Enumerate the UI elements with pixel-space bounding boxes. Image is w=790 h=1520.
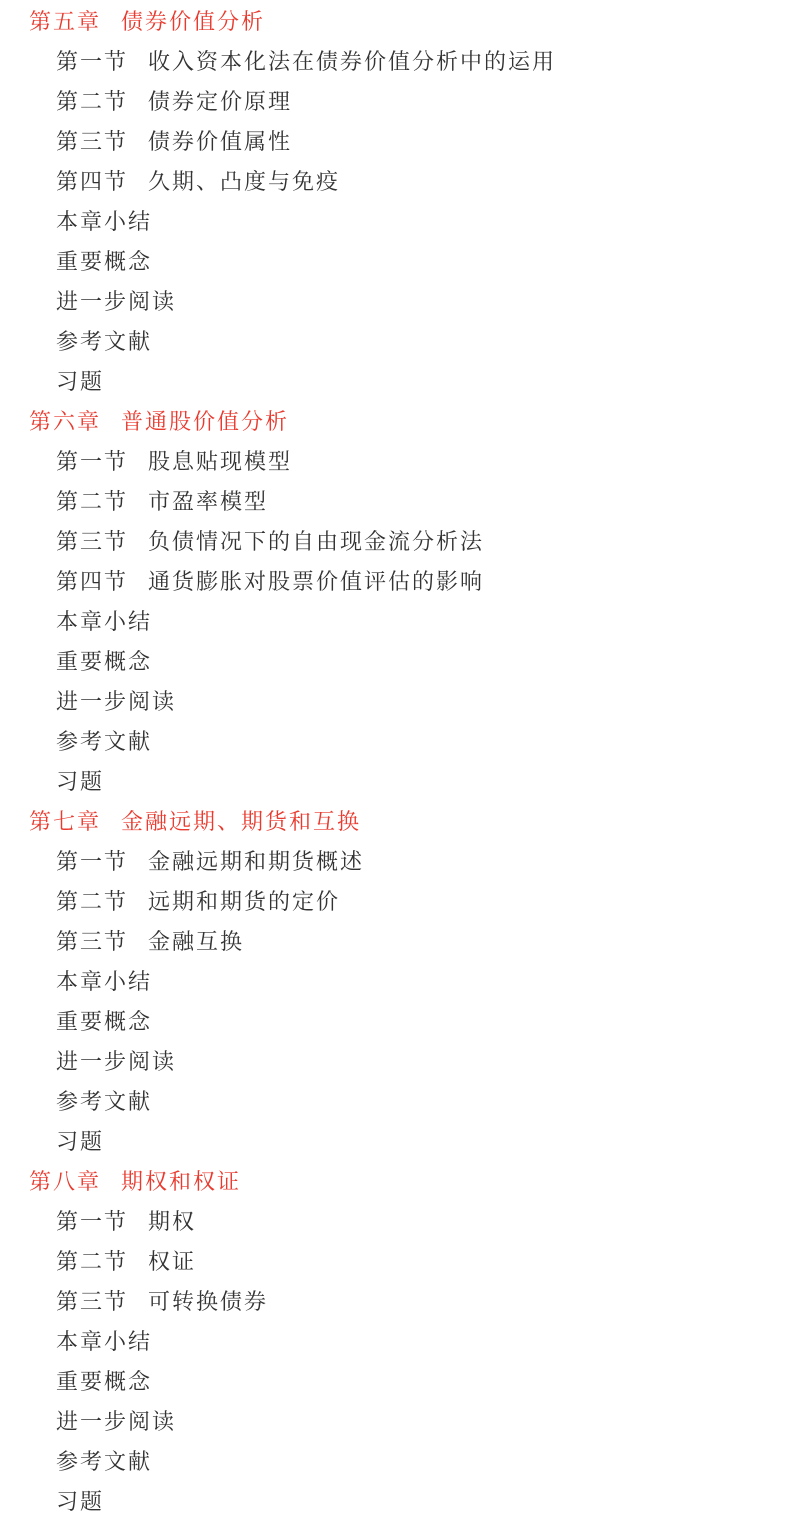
section-title: 本章小结 [56,605,152,636]
section-title: 重要概念 [56,1365,152,1396]
chapter-number-label: 第五章 [29,5,101,36]
section-title: 参考文献 [56,325,152,356]
section-number-label: 第四节 [56,165,128,196]
toc-section-entry[interactable]: 重要概念 [0,1000,790,1040]
section-title: 市盈率模型 [148,485,268,516]
toc-section-entry[interactable]: 重要概念 [0,640,790,680]
section-title: 参考文献 [56,1445,152,1476]
toc-section-entry[interactable]: 重要概念 [0,1360,790,1400]
toc-section-entry[interactable]: 习题 [0,1120,790,1160]
toc-section-entry[interactable]: 进一步阅读 [0,280,790,320]
toc-section-entry[interactable]: 第二节远期和期货的定价 [0,880,790,920]
toc-section-entry[interactable]: 重要概念 [0,240,790,280]
section-number-label: 第三节 [56,925,128,956]
toc-section-entry[interactable]: 参考文献 [0,720,790,760]
section-number-label: 第二节 [56,1245,128,1276]
section-title: 进一步阅读 [56,285,176,316]
table-of-contents: 第五章债券价值分析第一节收入资本化法在债券价值分析中的运用第二节债券定价原理第三… [0,0,790,1520]
toc-section-entry[interactable]: 第二节市盈率模型 [0,480,790,520]
toc-section-entry[interactable]: 参考文献 [0,1080,790,1120]
section-title: 股息贴现模型 [148,445,292,476]
section-title: 本章小结 [56,205,152,236]
toc-section-entry[interactable]: 第二节债券定价原理 [0,80,790,120]
toc-section-entry[interactable]: 习题 [0,360,790,400]
section-title: 期权 [148,1205,196,1236]
toc-chapter-entry[interactable]: 第八章期权和权证 [0,1160,790,1200]
section-number-label: 第一节 [56,845,128,876]
toc-section-entry[interactable]: 第四节通货膨胀对股票价值评估的影响 [0,560,790,600]
chapter-number-label: 第八章 [29,1165,101,1196]
section-title: 远期和期货的定价 [148,885,340,916]
toc-section-entry[interactable]: 本章小结 [0,600,790,640]
section-number-label: 第二节 [56,885,128,916]
toc-section-entry[interactable]: 第一节期权 [0,1200,790,1240]
chapter-number-label: 第七章 [29,805,101,836]
toc-section-entry[interactable]: 第三节金融互换 [0,920,790,960]
toc-section-entry[interactable]: 参考文献 [0,1440,790,1480]
section-title: 习题 [56,765,104,796]
chapter-title: 金融远期、期货和互换 [121,805,361,836]
toc-section-entry[interactable]: 进一步阅读 [0,680,790,720]
toc-chapter-entry[interactable]: 第六章普通股价值分析 [0,400,790,440]
section-title: 通货膨胀对股票价值评估的影响 [148,565,484,596]
section-title: 习题 [56,365,104,396]
toc-section-entry[interactable]: 参考文献 [0,320,790,360]
toc-section-entry[interactable]: 习题 [0,760,790,800]
toc-section-entry[interactable]: 进一步阅读 [0,1400,790,1440]
section-number-label: 第三节 [56,1285,128,1316]
section-title: 进一步阅读 [56,1405,176,1436]
toc-section-entry[interactable]: 第三节负债情况下的自由现金流分析法 [0,520,790,560]
section-title: 习题 [56,1485,104,1516]
section-number-label: 第四节 [56,565,128,596]
section-title: 负债情况下的自由现金流分析法 [148,525,484,556]
section-number-label: 第三节 [56,125,128,156]
section-title: 债券定价原理 [148,85,292,116]
section-title: 进一步阅读 [56,685,176,716]
toc-section-entry[interactable]: 本章小结 [0,1320,790,1360]
toc-section-entry[interactable]: 第一节收入资本化法在债券价值分析中的运用 [0,40,790,80]
toc-section-entry[interactable]: 第三节可转换债券 [0,1280,790,1320]
section-title: 收入资本化法在债券价值分析中的运用 [148,45,556,76]
section-title: 习题 [56,1125,104,1156]
chapter-title: 期权和权证 [121,1165,241,1196]
chapter-title: 债券价值分析 [121,5,265,36]
section-title: 参考文献 [56,1085,152,1116]
section-title: 权证 [148,1245,196,1276]
chapter-title: 普通股价值分析 [121,405,289,436]
section-title: 本章小结 [56,965,152,996]
section-title: 重要概念 [56,245,152,276]
section-title: 债券价值属性 [148,125,292,156]
toc-section-entry[interactable]: 第二节权证 [0,1240,790,1280]
toc-section-entry[interactable]: 进一步阅读 [0,1040,790,1080]
toc-section-entry[interactable]: 第一节股息贴现模型 [0,440,790,480]
section-number-label: 第二节 [56,85,128,116]
section-title: 可转换债券 [148,1285,268,1316]
section-number-label: 第一节 [56,445,128,476]
toc-section-entry[interactable]: 第三节债券价值属性 [0,120,790,160]
toc-section-entry[interactable]: 本章小结 [0,960,790,1000]
section-number-label: 第二节 [56,485,128,516]
section-title: 参考文献 [56,725,152,756]
section-title: 本章小结 [56,1325,152,1356]
section-title: 重要概念 [56,645,152,676]
toc-section-entry[interactable]: 习题 [0,1480,790,1520]
toc-section-entry[interactable]: 第一节金融远期和期货概述 [0,840,790,880]
section-title: 金融互换 [148,925,244,956]
chapter-number-label: 第六章 [29,405,101,436]
section-title: 重要概念 [56,1005,152,1036]
section-number-label: 第一节 [56,45,128,76]
section-title: 进一步阅读 [56,1045,176,1076]
toc-chapter-entry[interactable]: 第五章债券价值分析 [0,0,790,40]
section-title: 久期、凸度与免疫 [148,165,340,196]
section-title: 金融远期和期货概述 [148,845,364,876]
section-number-label: 第一节 [56,1205,128,1236]
toc-section-entry[interactable]: 第四节久期、凸度与免疫 [0,160,790,200]
section-number-label: 第三节 [56,525,128,556]
toc-section-entry[interactable]: 本章小结 [0,200,790,240]
toc-chapter-entry[interactable]: 第七章金融远期、期货和互换 [0,800,790,840]
